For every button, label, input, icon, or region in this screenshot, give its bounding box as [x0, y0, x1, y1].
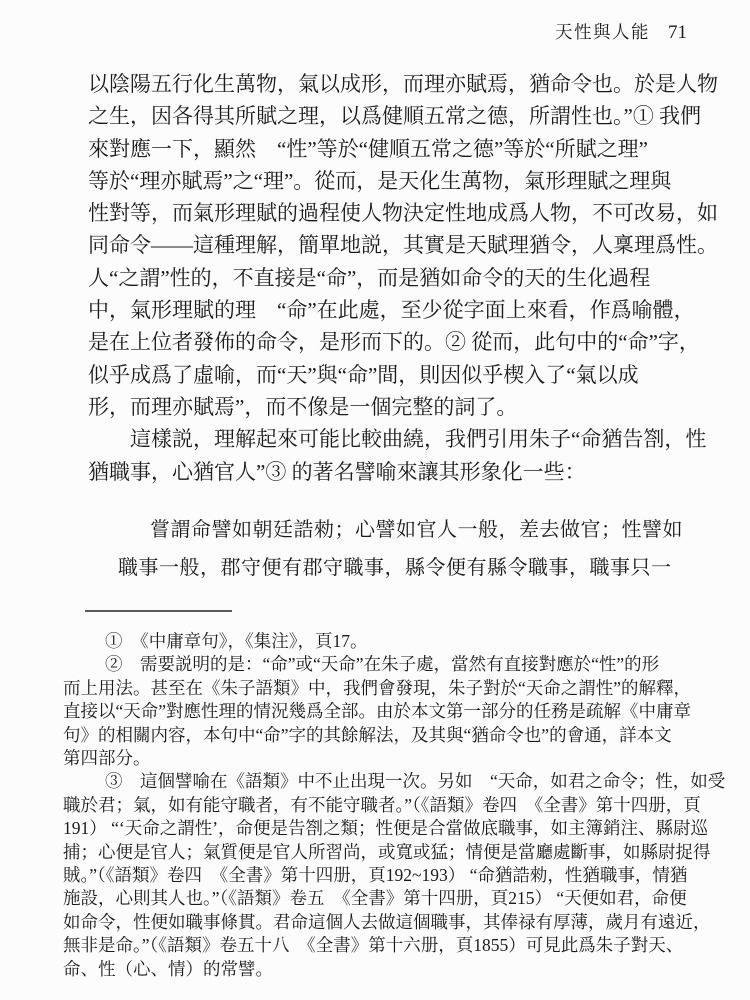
quote-line: 職事一般，郡守便有郡守職事，縣令便有縣令職事，職事只一 [118, 549, 698, 587]
footnote-line: 191） “‘天命之謂性’，命便是告劄之類；性便是合當做底職事，如主簿銷注、縣尉… [63, 817, 743, 840]
footnote-line: 捕；心便是官人；氣質便是官人所習尚，或寬或猛；情便是當廳處斷事，如縣尉捉得 [63, 841, 743, 864]
book-page: 天性與人能71 以陰陽五行化生萬物，氣以成形，而理亦賦焉，猶命令也。於是人物 之… [0, 0, 750, 1000]
body-line: 似乎成爲了虛喻，而“天”與“命”間，則因似乎楔入了“氣以成 [88, 359, 722, 391]
footnote-line: 直接以“天命”對應性理的情況幾爲全部。由於本文第一部分的任務是疏解《中庸章 [63, 700, 743, 723]
footnote-line-1: ① 《中庸章句》，《集注》，頁17。 [63, 630, 743, 653]
body-line: 之生，因各得其所賦之理，以爲健順五常之德，所謂性也。”① 我們 [88, 100, 722, 132]
block-quote: 嘗謂命譬如朝廷誥勑；心譬如官人一般，差去做官；性譬如 職事一般，郡守便有郡守職事… [118, 511, 698, 587]
footnote-line: 賊。”（《語類》卷四 《全書》第十四册，頁192~193） “命猶誥勑，性猶職事… [63, 864, 743, 887]
quote-line: 嘗謂命譬如朝廷誥勑；心譬如官人一般，差去做官；性譬如 [118, 511, 698, 549]
footnote-line: 句》的相關内容，本句中“命”字的其餘解法，及其與“猶命令也”的會通，詳本文 [63, 724, 743, 747]
body-line: 是在上位者發佈的命令，是形而下的。② 從而，此句中的“命”字， [88, 326, 722, 358]
body-line: 以陰陽五行化生萬物，氣以成形，而理亦賦焉，猶命令也。於是人物 [88, 68, 722, 100]
footnote-line: 如命令，性便如職事條貫。君命這個人去做這個職事，其俸禄有厚薄，歲月有遠近， [63, 911, 743, 934]
footnote-line-2: ② 需要説明的是：“命”或“天命”在朱子處，當然有直接對應於“性”的形 [63, 653, 743, 676]
footnote-line: 職於君；氣，如有能守職者，有不能守職者。”（《語類》卷四 《全書》第十四册，頁 [63, 794, 743, 817]
page-number: 71 [668, 22, 687, 43]
footnote-line: 而上用法。甚至在《朱子語類》中，我們會發現，朱子對於“天命之謂性”的解釋， [63, 677, 743, 700]
body-line: 人“之謂”性的，不直接是“命”，而是猶如命令的天的生化過程 [88, 262, 722, 294]
body-line: 形，而理亦賦焉”，而不像是一個完整的詞了。 [88, 391, 722, 423]
footnotes-block: ① 《中庸章句》，《集注》，頁17。 ② 需要説明的是：“命”或“天命”在朱子處… [63, 630, 743, 981]
chapter-title: 天性與人能 [555, 22, 650, 42]
footnote-line: 第四部分。 [63, 747, 743, 770]
body-line: 等於“理亦賦焉”之“理”。從而，是天化生萬物，氣形理賦之理與 [88, 165, 722, 197]
body-line: 中，氣形理賦的理 “命”在此處，至少從字面上來看，作爲喻體， [88, 294, 722, 326]
footnote-line-3: ③ 這個譬喻在《語類》中不止出現一次。另如 “天命，如君之命令；性，如受 [63, 770, 743, 793]
body-line: 來對應一下，顯然 “性”等於“健順五常之德”等於“所賦之理” [88, 133, 722, 165]
body-line-paragraph-start: 這樣説，理解起來可能比較曲繞，我們引用朱子“命猶告劄，性 [88, 423, 722, 455]
running-header: 天性與人能71 [555, 19, 687, 44]
footnote-line: 命、性（心、情）的常譬。 [63, 958, 743, 981]
main-text-block: 以陰陽五行化生萬物，氣以成形，而理亦賦焉，猶命令也。於是人物 之生，因各得其所賦… [88, 68, 722, 488]
body-line: 性對等，而氣形理賦的過程使人物決定性地成爲人物，不可改易，如 [88, 197, 722, 229]
footnote-separator [85, 610, 232, 612]
body-line: 同命令——這種理解，簡單地説，其實是天賦理猶令，人稟理爲性。 [88, 229, 722, 261]
body-line: 猶職事，心猶官人”③ 的著名譬喻來讓其形象化一些： [88, 456, 722, 488]
footnote-line: 無非是命。”（《語類》卷五十八 《全書》第十六册，頁1855）可見此爲朱子對天、 [63, 934, 743, 957]
footnote-line: 施設，心則其人也。”（《語類》卷五 《全書》第十四册，頁215） “天便如君，命… [63, 887, 743, 910]
